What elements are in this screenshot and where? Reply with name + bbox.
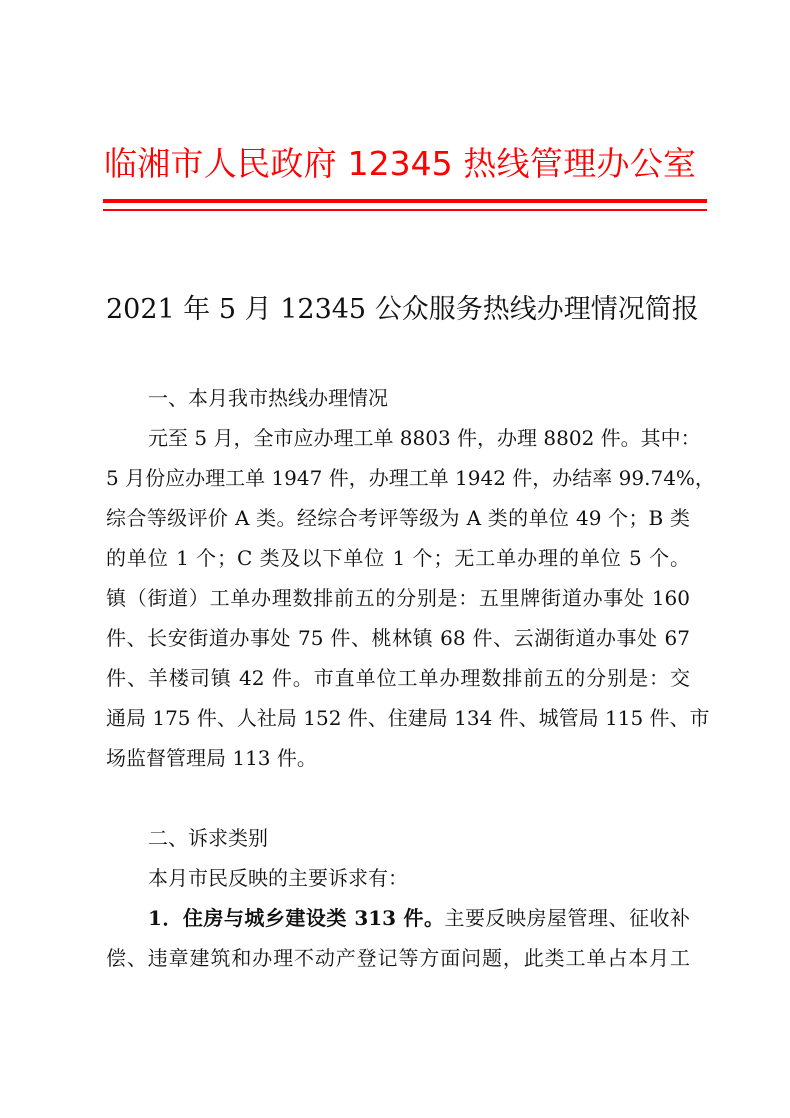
letterhead-rule-thick [103,199,707,203]
paragraph-line: 通局 175 件、人社局 152 件、住建局 134 件、城管局 115 件、市 [106,703,690,733]
paragraph-line: 件、长安街道办事处 75 件、桃林镇 68 件、云湖街道办事处 67 [106,623,690,653]
paragraph-line: 件、羊楼司镇 42 件。市直单位工单办理数排前五的分别是：交 [106,663,690,693]
section-1-heading: 一、本月我市热线办理情况 [148,383,388,413]
paragraph-line: 场监督管理局 113 件。 [106,743,690,773]
document-title: 2021 年 5 月 12345 公众服务热线办理情况简报 [106,290,689,330]
paragraph-line: 元至 5 月，全市应办理工单 8803 件，办理 8802 件。其中： [148,423,690,453]
paragraph-line: 的单位 1 个；C 类及以下单位 1 个；无工单办理的单位 5 个。 [106,543,690,573]
list-item-1-lead: 1．住房与城乡建设类 313 件。 [148,906,445,930]
list-item-1-text: 主要反映房屋管理、征收补 [445,906,690,930]
letterhead-title: 临湘市人民政府 12345 热线管理办公室 [104,140,696,188]
paragraph-line: 综合等级评价 A 类。经综合考评等级为 A 类的单位 49 个；B 类 [106,503,690,533]
section-2-intro: 本月市民反映的主要诉求有： [148,863,690,893]
list-item-1-line-2: 偿、违章建筑和办理不动产登记等方面问题，此类工单占本月工 [106,943,690,973]
paragraph-line: 镇（街道）工单办理数排前五的分别是：五里牌街道办事处 160 [106,583,690,613]
list-item-1-line-1: 1．住房与城乡建设类 313 件。主要反映房屋管理、征收补 [148,903,690,933]
letterhead-rule-thin [103,209,707,211]
paragraph-line: 5 月份应办理工单 1947 件，办理工单 1942 件，办结率 99.74%， [106,463,690,493]
section-2-heading: 二、诉求类别 [148,823,268,853]
